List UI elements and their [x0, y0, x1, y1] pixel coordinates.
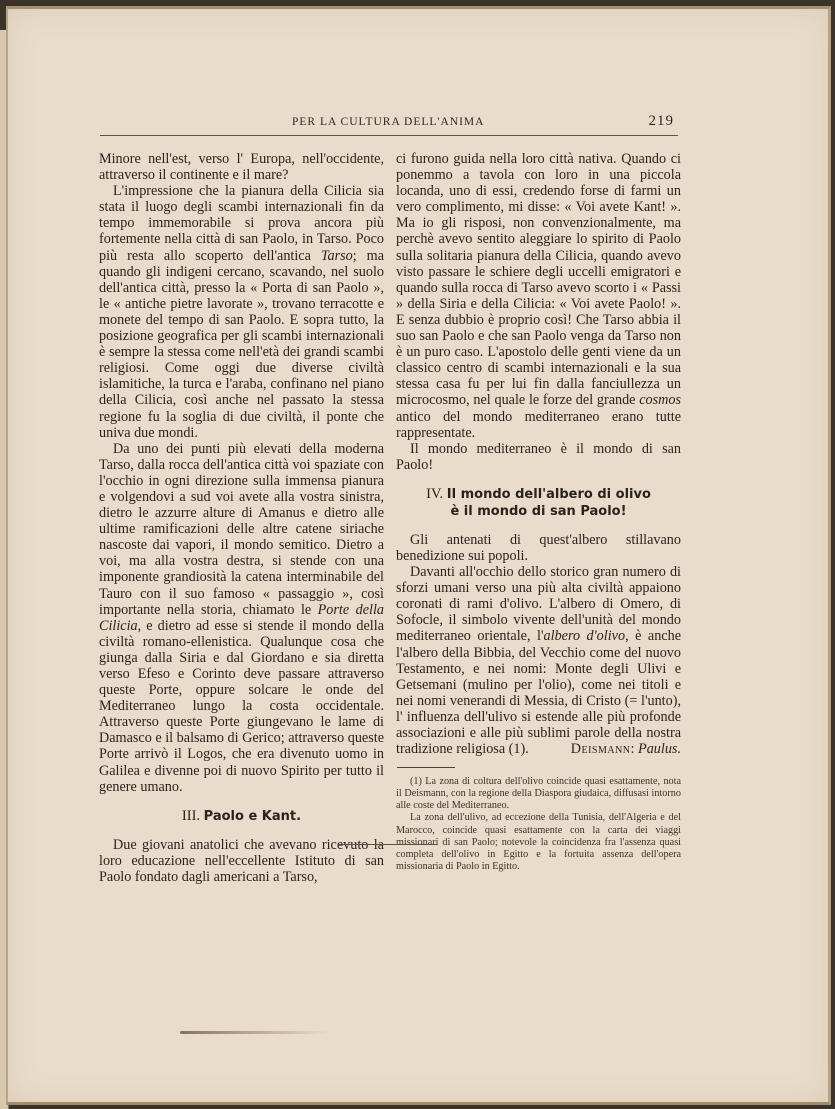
quote-attribution: Deismann: Paulus.	[557, 741, 681, 757]
italic-term: Tarso	[321, 248, 353, 264]
section-heading-iii: III. Paolo e Kant.	[99, 808, 384, 825]
paragraph: Da uno dei punti più elevati della moder…	[99, 441, 384, 795]
running-title: PER LA CULTURA DELL'ANIMA	[292, 116, 484, 128]
right-column: ci furono guida nella loro città nativa.…	[396, 151, 681, 873]
italic-term: cosmos	[639, 392, 681, 408]
paragraph: ci furono guida nella loro città nativa.…	[396, 151, 681, 441]
paragraph: L'impressione che la pianura della Cilic…	[99, 183, 384, 441]
paragraph: Minore nell'est, verso l' Europa, nell'o…	[99, 151, 384, 183]
paragraph: Gli antenati di quest'albero stillavano …	[396, 532, 681, 564]
section-heading-iv: IV. Il mondo dell'albero di olivo è il m…	[396, 486, 681, 520]
paper-stain	[180, 1031, 330, 1034]
end-of-text-rule	[339, 844, 437, 845]
footnote: (1) La zona di coltura dell'olivo coinci…	[396, 776, 681, 873]
running-head: PER LA CULTURA DELL'ANIMA 219	[286, 112, 676, 134]
paragraph: Il mondo mediterraneo è il mondo di san …	[396, 441, 681, 473]
footnote-rule	[397, 767, 455, 768]
left-column: Minore nell'est, verso l' Europa, nell'o…	[99, 151, 384, 885]
header-rule	[100, 135, 678, 136]
page-number: 219	[649, 113, 675, 130]
paragraph: Davanti all'occhio dello storico gran nu…	[396, 564, 681, 757]
italic-term: albero d'olivo	[544, 628, 626, 644]
